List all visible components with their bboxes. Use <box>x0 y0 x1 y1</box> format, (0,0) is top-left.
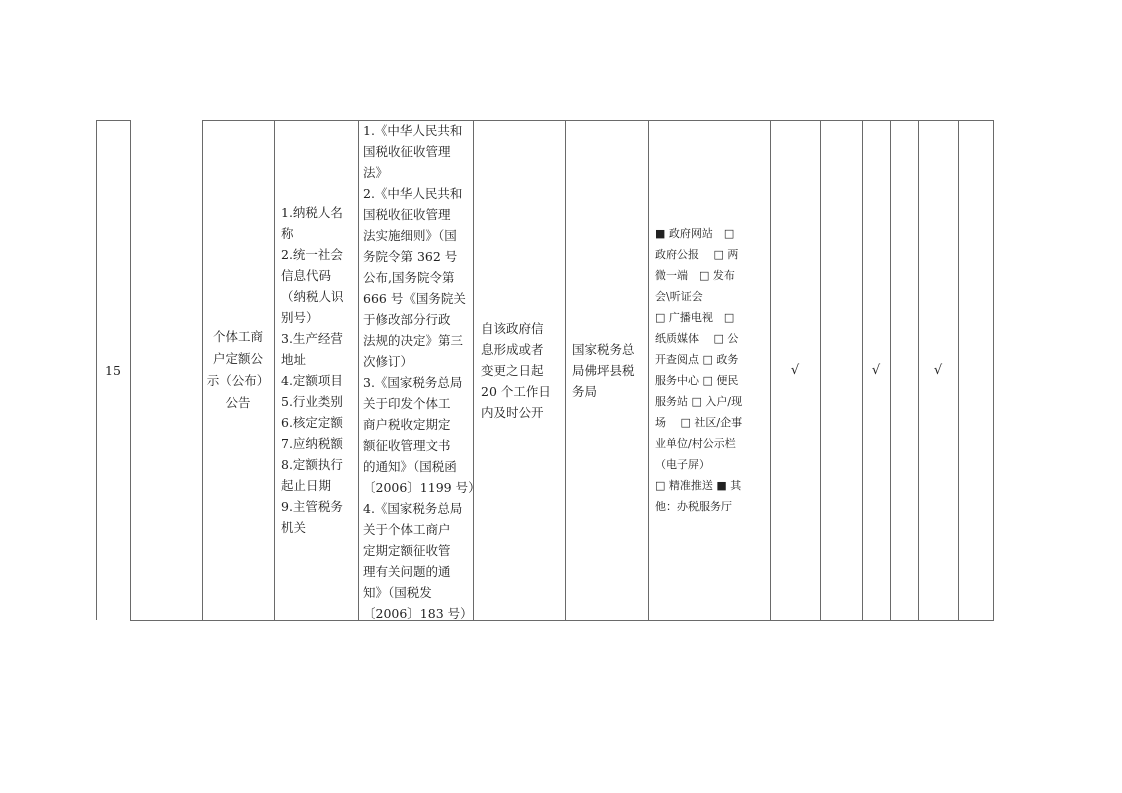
content-line: 机关 <box>281 517 358 538</box>
basis-line: 4.《国家税务总局 <box>363 498 473 519</box>
item-name-line: 公告 <box>202 392 274 414</box>
content-line: 称 <box>281 223 358 244</box>
content-line: 2.统一社会 <box>281 244 358 265</box>
basis-line: 法实施细则》（国 <box>363 225 473 246</box>
check-mark-icon: √ <box>918 360 958 381</box>
basis-line: 关于印发个体工 <box>363 393 473 414</box>
content-line: 1.纳税人名 <box>281 202 358 223</box>
basis-line: 知》（国税发 <box>363 582 473 603</box>
col-line-5 <box>473 120 474 621</box>
channels-line: □ 精准推送 ■ 其 <box>655 475 770 496</box>
basis-line: 2.《中华人民共和 <box>363 183 473 204</box>
channels-line: □ 广播电视 □ <box>655 307 770 328</box>
channels-cell: ■ 政府网站 □ 政府公报 □ 两 微一端 □ 发布 会\听证会 □ 广播电视 … <box>655 120 770 620</box>
basis-line: 国税收征收管理 <box>363 204 473 225</box>
basis-line: 商户税收定期定 <box>363 414 473 435</box>
channels-line: 场 □ 社区/企事 <box>655 412 770 433</box>
check-mark-icon: √ <box>770 360 820 381</box>
basis-line: 务院令第 362 号 <box>363 246 473 267</box>
basis-line: 的通知》（国税函 <box>363 456 473 477</box>
content-line: 信息代码 <box>281 265 358 286</box>
channels-line: 业单位/村公示栏 <box>655 433 770 454</box>
basis-line: 〔2006〕1199 号） <box>363 477 473 498</box>
subject-line: 务局 <box>572 381 648 402</box>
basis-line: 定期定额征收管 <box>363 540 473 561</box>
time-limit-cell: 自该政府信 息形成或者 变更之日起 20 个工作日 内及时公开 <box>481 120 565 620</box>
channels-line: 微一端 □ 发布 <box>655 265 770 286</box>
basis-line: 于修改部分行政 <box>363 309 473 330</box>
basis-line: 额征收管理文书 <box>363 435 473 456</box>
time-limit-line: 自该政府信 <box>481 318 565 339</box>
channels-line: 服务中心 □ 便民 <box>655 370 770 391</box>
basis-line: 法》 <box>363 162 473 183</box>
basis-line: 次修订） <box>363 351 473 372</box>
subject-line: 国家税务总 <box>572 339 648 360</box>
mark-cell-1: √ <box>770 120 820 620</box>
item-name-line: 示（公布） <box>202 370 274 392</box>
basis-line: 国税收征收管理 <box>363 141 473 162</box>
col-line-7 <box>648 120 649 621</box>
content-line: （纳税人识 <box>281 286 358 307</box>
row-number-text: 15 <box>96 360 130 381</box>
category-cell <box>130 120 202 620</box>
time-limit-line: 息形成或者 <box>481 339 565 360</box>
basis-line: 666 号《国务院关 <box>363 288 473 309</box>
basis-line: 关于个体工商户 <box>363 519 473 540</box>
content-line: 8.定额执行 <box>281 454 358 475</box>
content-line: 地址 <box>281 349 358 370</box>
basis-line: 公布,国务院令第 <box>363 267 473 288</box>
mark-cell-4 <box>890 120 918 620</box>
document-page: 15 个体工商 户定额公 示（公布） 公告 1.纳税人名 称 2.统一社会 信息… <box>0 0 1122 793</box>
table-bottom-border <box>130 620 993 621</box>
mark-cell-6 <box>958 120 993 620</box>
mark-cell-3: √ <box>862 120 890 620</box>
content-line: 4.定额项目 <box>281 370 358 391</box>
item-name-line: 个体工商 <box>202 326 274 348</box>
channels-line: 开查阅点 □ 政务 <box>655 349 770 370</box>
subject-line: 局佛坪县税 <box>572 360 648 381</box>
content-line: 9.主管税务 <box>281 496 358 517</box>
content-line: 3.生产经营 <box>281 328 358 349</box>
content-line: 起止日期 <box>281 475 358 496</box>
col-line-3 <box>274 120 275 621</box>
basis-line: 理有关问题的通 <box>363 561 473 582</box>
row-number: 15 <box>96 120 130 620</box>
channels-line: 他：办税服务厅 <box>655 496 770 517</box>
basis-line: 〔2006〕183 号） <box>363 603 473 624</box>
item-name-line: 户定额公 <box>202 348 274 370</box>
col-line-14 <box>993 120 994 621</box>
channels-line: 服务站 □ 入户/现 <box>655 391 770 412</box>
content-line: 别号） <box>281 307 358 328</box>
channels-line: 纸质媒体 □ 公 <box>655 328 770 349</box>
time-limit-line: 变更之日起 <box>481 360 565 381</box>
content-cell: 1.纳税人名 称 2.统一社会 信息代码 （纳税人识 别号） 3.生产经营 地址… <box>281 120 358 620</box>
time-limit-line: 内及时公开 <box>481 402 565 423</box>
item-name-cell: 个体工商 户定额公 示（公布） 公告 <box>202 120 274 620</box>
basis-cell: 1.《中华人民共和 国税收征收管理 法》 2.《中华人民共和 国税收征收管理 法… <box>363 120 473 620</box>
subject-cell: 国家税务总 局佛坪县税 务局 <box>572 120 648 620</box>
content-line: 7.应纳税额 <box>281 433 358 454</box>
mark-cell-2 <box>820 120 862 620</box>
channels-line: 会\听证会 <box>655 286 770 307</box>
basis-line: 法规的决定》第三 <box>363 330 473 351</box>
col-line-4 <box>358 120 359 621</box>
mark-cell-5: √ <box>918 120 958 620</box>
content-line: 5.行业类别 <box>281 391 358 412</box>
basis-line: 3.《国家税务总局 <box>363 372 473 393</box>
channels-line: （电子屏） <box>655 454 770 475</box>
col-line-6 <box>565 120 566 621</box>
basis-line: 1.《中华人民共和 <box>363 120 473 141</box>
content-line: 6.核定定额 <box>281 412 358 433</box>
channels-line: ■ 政府网站 □ <box>655 223 770 244</box>
channels-line: 政府公报 □ 两 <box>655 244 770 265</box>
check-mark-icon: √ <box>862 360 890 381</box>
time-limit-line: 20 个工作日 <box>481 381 565 402</box>
